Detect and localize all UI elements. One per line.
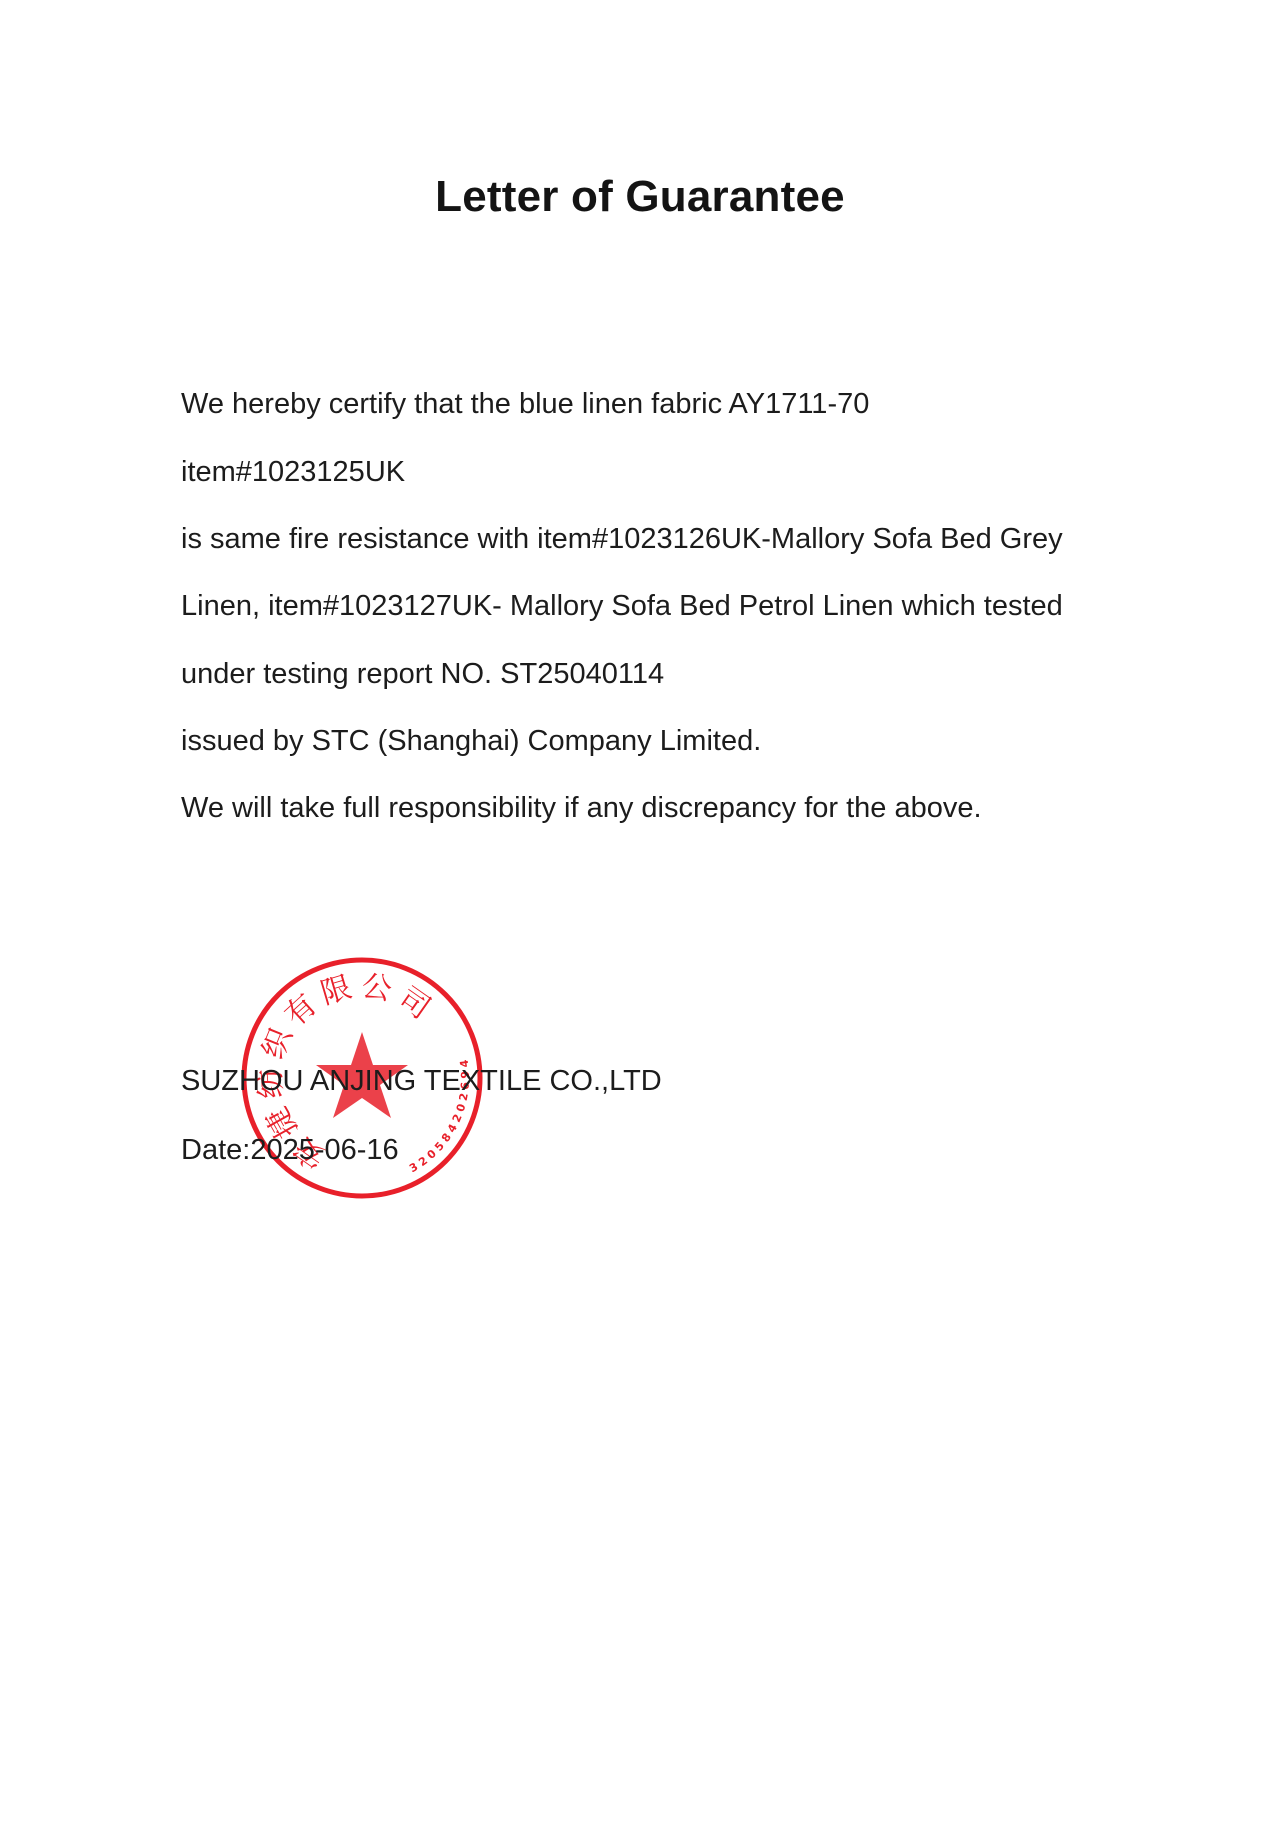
- svg-text:公: 公: [359, 969, 394, 1008]
- document-title: Letter of Guarantee: [0, 172, 1280, 222]
- svg-text:限: 限: [317, 970, 356, 1012]
- body-line-6: issued by STC (Shanghai) Company Limited…: [181, 725, 761, 758]
- body-line-1: We hereby certify that the blue linen fa…: [181, 388, 869, 421]
- svg-text:0: 0: [454, 1102, 469, 1113]
- svg-text:司: 司: [392, 981, 437, 1027]
- signature-date: Date:2025-06-16: [181, 1134, 399, 1167]
- body-line-7: We will take full responsibility if any …: [181, 792, 982, 825]
- body-line-5: under testing report NO. ST25040114: [181, 658, 664, 691]
- body-line-4: Linen, item#1023127UK- Mallory Sofa Bed …: [181, 590, 1063, 623]
- body-line-2: item#1023125UK: [181, 456, 405, 489]
- company-name: SUZHOU ANJING TEXTILE CO.,LTD: [181, 1065, 662, 1098]
- body-line-3: is same fire resistance with item#102312…: [181, 523, 1063, 556]
- svg-text:2: 2: [450, 1112, 465, 1124]
- title-text: Letter of Guarantee: [435, 172, 845, 222]
- svg-text:织: 织: [256, 1022, 300, 1064]
- svg-text:有: 有: [278, 987, 324, 1033]
